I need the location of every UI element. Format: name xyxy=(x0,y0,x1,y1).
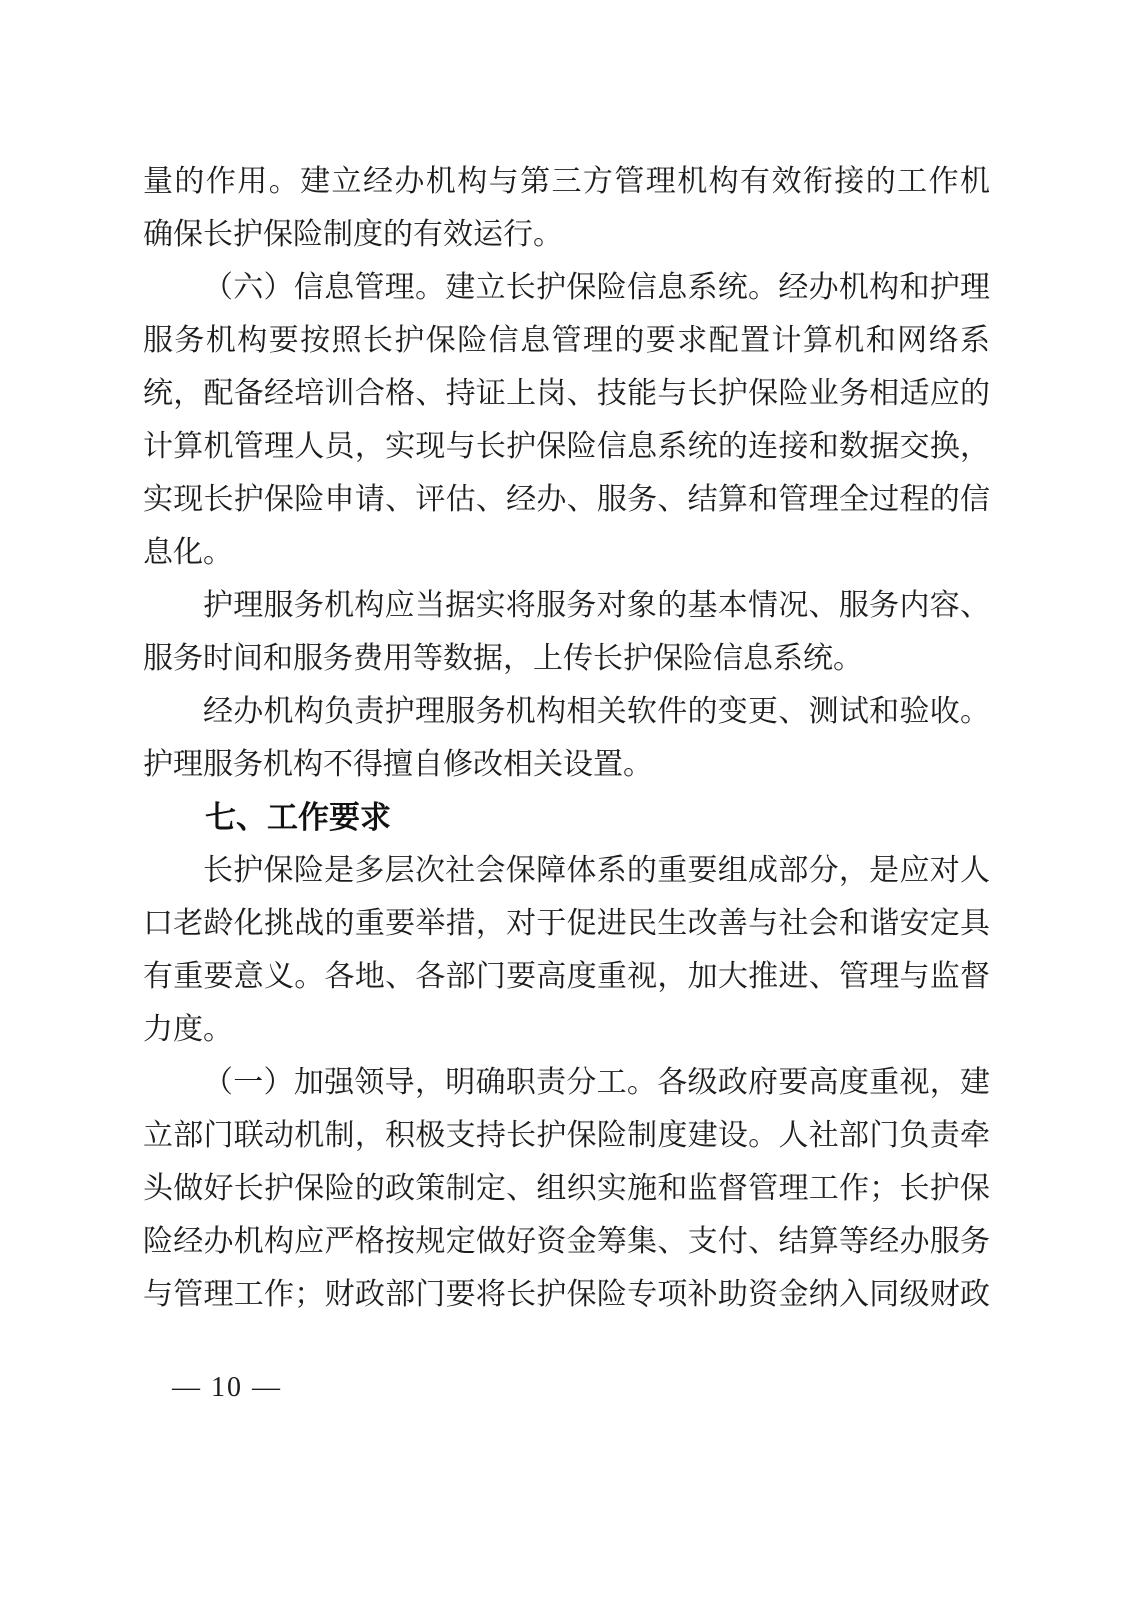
section-heading: 七、工作要求 xyxy=(143,791,990,844)
text-line: 有重要意义。各地、各部门要高度重视，加大推进、管理与监督 xyxy=(143,950,990,1003)
text-line: 头做好长护保险的政策制定、组织实施和监督管理工作；长护保 xyxy=(143,1162,990,1215)
text-line: 险经办机构应严格按规定做好资金筹集、支付、结算等经办服务 xyxy=(143,1215,990,1268)
text-block: 量的作用。建立经办机构与第三方管理机构有效衔接的工作机制，确保长护保险制度的有效… xyxy=(143,155,990,1321)
text-line: 力度。 xyxy=(143,1003,990,1056)
text-line: 经办机构负责护理服务机构相关软件的变更、测试和验收。 xyxy=(143,685,990,738)
text-line: 确保长护保险制度的有效运行。 xyxy=(143,208,990,261)
text-line: 服务时间和服务费用等数据，上传长护保险信息系统。 xyxy=(143,632,990,685)
text-line: 立部门联动机制，积极支持长护保险制度建设。人社部门负责牵 xyxy=(143,1109,990,1162)
text-line: 服务机构要按照长护保险信息管理的要求配置计算机和网络系 xyxy=(143,314,990,367)
text-line: （一）加强领导，明确职责分工。各级政府要高度重视，建 xyxy=(143,1056,990,1109)
text-line: （六）信息管理。建立长护保险信息系统。经办机构和护理 xyxy=(143,261,990,314)
text-line: 与管理工作；财政部门要将长护保险专项补助资金纳入同级财政 xyxy=(143,1268,990,1321)
page-number: — 10 — xyxy=(172,1372,282,1403)
text-line: 计算机管理人员，实现与长护保险信息系统的连接和数据交换， xyxy=(143,420,990,473)
page-footer: — 10 — xyxy=(172,1368,282,1408)
document-page: 量的作用。建立经办机构与第三方管理机构有效衔接的工作机制，确保长护保险制度的有效… xyxy=(0,0,1131,1600)
text-line: 量的作用。建立经办机构与第三方管理机构有效衔接的工作机制， xyxy=(143,155,990,208)
text-line: 长护保险是多层次社会保障体系的重要组成部分，是应对人 xyxy=(143,844,990,897)
text-line: 护理服务机构不得擅自修改相关设置。 xyxy=(143,738,990,791)
text-line: 实现长护保险申请、评估、经办、服务、结算和管理全过程的信 xyxy=(143,473,990,526)
text-line: 统，配备经培训合格、持证上岗、技能与长护保险业务相适应的 xyxy=(143,367,990,420)
text-line: 护理服务机构应当据实将服务对象的基本情况、服务内容、 xyxy=(143,579,990,632)
text-line: 息化。 xyxy=(143,526,990,579)
text-line: 口老龄化挑战的重要举措，对于促进民生改善与社会和谐安定具 xyxy=(143,897,990,950)
